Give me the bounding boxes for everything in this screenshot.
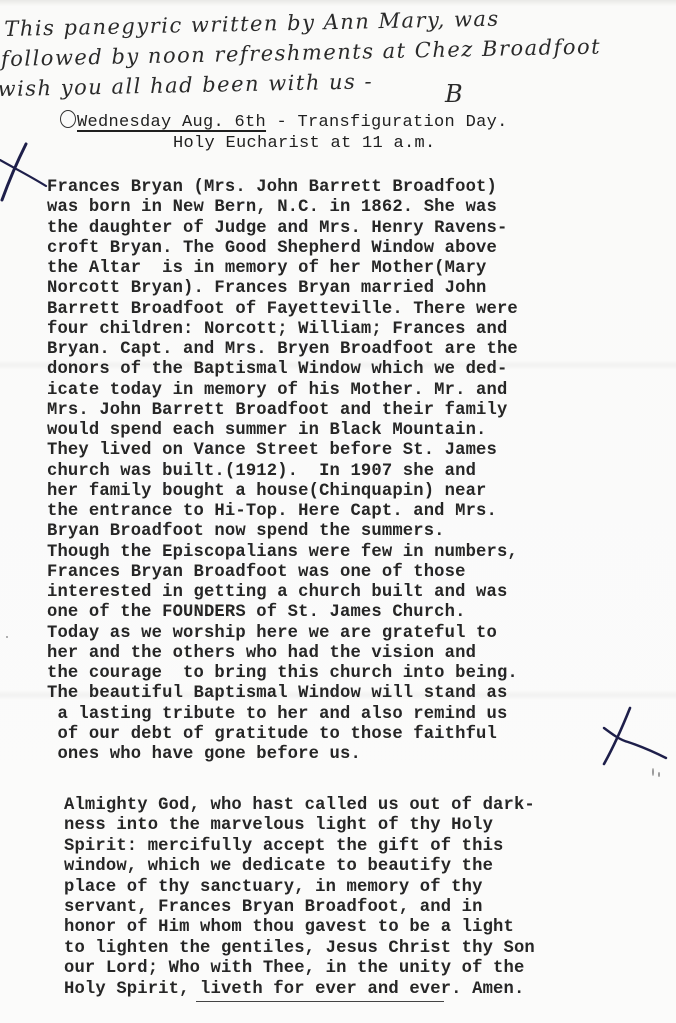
biography-line: The beautiful Baptismal Window will stan… — [47, 684, 667, 704]
biography-line: Frances Bryan (Mrs. John Barrett Broadfo… — [47, 178, 667, 198]
biography-text: Frances Bryan (Mrs. John Barrett Broadfo… — [47, 178, 667, 765]
biography-line: Bryan Broadfoot now spend the summers. — [47, 522, 667, 542]
biography-line: ones who have gone before us. — [47, 745, 667, 765]
feast-name: - Transfiguration Day. — [266, 113, 508, 132]
service-date: Wednesday Aug. 6th — [77, 113, 266, 132]
prayer-line: ness into the marvelous light of thy Hol… — [64, 816, 674, 836]
biography-line: Though the Episcopalians were few in num… — [47, 543, 667, 563]
prayer-line: Almighty God, who hast called us out of … — [64, 796, 674, 816]
paper-speck — [652, 768, 654, 776]
biography-line: would spend each summer in Black Mountai… — [47, 421, 667, 441]
biography-line: They lived on Vance Street before St. Ja… — [47, 441, 667, 461]
biography-line: her and the others who had the vision an… — [47, 644, 667, 664]
prayer-line: to lighten the gentiles, Jesus Christ th… — [64, 939, 674, 959]
prayer-line: our Lord; Who with Thee, in the unity of… — [64, 959, 674, 979]
biography-line: the daughter of Judge and Mrs. Henry Rav… — [47, 219, 667, 239]
circle-mark-icon — [60, 110, 76, 128]
biography-line: Barrett Broadfoot of Fayetteville. There… — [47, 300, 667, 320]
biography-line: croft Bryan. The Good Shepherd Window ab… — [47, 239, 667, 259]
dedication-prayer: Almighty God, who hast called us out of … — [64, 796, 674, 1000]
paper-speck — [6, 636, 8, 638]
biography-line: Bryan. Capt. and Mrs. Bryen Broadfoot ar… — [47, 340, 667, 360]
service-date-line: Wednesday Aug. 6th - Transfiguration Day… — [58, 110, 618, 133]
x-mark-left-icon — [0, 138, 60, 208]
biography-line: was born in New Bern, N.C. in 1862. She … — [47, 198, 667, 218]
biography-line: four children: Norcott; William; Frances… — [47, 320, 667, 340]
biography-line: the entrance to Hi-Top. Here Capt. and M… — [47, 502, 667, 522]
paper-speck — [658, 772, 660, 777]
biography-line: Frances Bryan Broadfoot was one of those — [47, 563, 667, 583]
prayer-line: Holy Spirit, liveth for ever and ever. A… — [64, 980, 674, 1000]
biography-line: Norcott Bryan). Frances Bryan married Jo… — [47, 279, 667, 299]
service-header: Wednesday Aug. 6th - Transfiguration Day… — [58, 110, 618, 154]
prayer-line: place of thy sanctuary, in memory of thy — [64, 878, 674, 898]
handwritten-initial: B — [445, 80, 463, 108]
underline-mark — [196, 1001, 444, 1002]
prayer-line: servant, Frances Bryan Broadfoot, and in — [64, 898, 674, 918]
biography-line: Mrs. John Barrett Broadfoot and their fa… — [47, 401, 667, 421]
prayer-line: honor of Him whom thou gavest to be a li… — [64, 918, 674, 938]
biography-line: the Altar is in memory of her Mother(Mar… — [47, 259, 667, 279]
prayer-line: Spirit: mercifully accept the gift of th… — [64, 837, 674, 857]
biography-line: interested in getting a church built and… — [47, 583, 667, 603]
prayer-line: window, which we dedicate to beautify th… — [64, 857, 674, 877]
service-time: Holy Eucharist at 11 a.m. — [58, 133, 618, 154]
biography-line: her family bought a house(Chinquapin) ne… — [47, 482, 667, 502]
biography-line: one of the FOUNDERS of St. James Church. — [47, 603, 667, 623]
biography-line: icate today in memory of his Mother. Mr.… — [47, 381, 667, 401]
biography-line: church was built.(1912). In 1907 she and — [47, 462, 667, 482]
biography-line: Today as we worship here we are grateful… — [47, 624, 667, 644]
biography-line: the courage to bring this church into be… — [47, 664, 667, 684]
biography-line: donors of the Baptismal Window which we … — [47, 360, 667, 380]
biography-line: a lasting tribute to her and also remind… — [47, 705, 667, 725]
biography-line: of our debt of gratitude to those faithf… — [47, 725, 667, 745]
x-mark-right-icon — [600, 700, 676, 772]
handwritten-note: This panegyric written by Ann Mary, was … — [4, 0, 676, 104]
